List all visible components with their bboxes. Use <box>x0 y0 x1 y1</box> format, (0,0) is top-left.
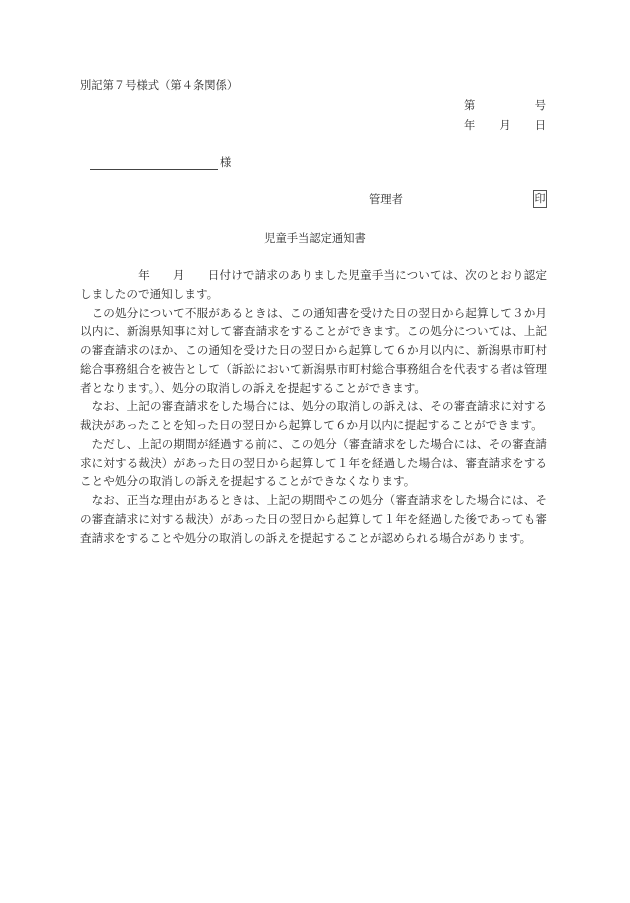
paragraph-appeal: この処分について不服があるときは、この通知書を受けた日の翌日から起算して３か月以… <box>80 304 547 398</box>
form-label: 別記第７号様式（第４条関係） <box>80 79 238 93</box>
addressee-honorific: 様 <box>220 156 231 170</box>
p1-text: 日付けで請求のありました児童手当については、次のとおり認定しましたので通知します… <box>80 268 547 301</box>
addressee-name-line <box>90 155 218 170</box>
date-day: 日 <box>535 119 546 133</box>
document-title: 児童手当認定通知書 <box>0 232 630 246</box>
paragraph-notification: 年月日付けで請求のありました児童手当については、次のとおり認定しましたので通知し… <box>80 266 547 304</box>
paragraph-after-review: なお、上記の審査請求をした場合には、処分の取消しの訴えは、その審査請求に対する裁… <box>80 397 547 435</box>
date-month: 月 <box>499 119 510 133</box>
date-year: 年 <box>464 119 475 133</box>
issuer-label: 管理者 <box>369 193 403 207</box>
issue-date: 年 月 日 <box>464 119 546 133</box>
number-prefix: 第 <box>464 99 475 113</box>
paragraph-time-limit: ただし、上記の期間が経過する前に、この処分（審査請求をした場合には、その審査請求… <box>80 435 547 491</box>
p1-year: 年 <box>138 268 150 282</box>
seal-stamp-box: 印 <box>533 190 547 208</box>
document-body: 年月日付けで請求のありました児童手当については、次のとおり認定しましたので通知し… <box>80 266 547 547</box>
addressee: 様 <box>90 155 231 170</box>
p1-month: 月 <box>173 268 185 282</box>
paragraph-justifiable-reason: なお、正当な理由があるときは、上記の期間やこの処分（審査請求をした場合には、その… <box>80 491 547 547</box>
number-suffix: 号 <box>535 99 546 113</box>
document-number: 第 号 <box>464 99 546 113</box>
